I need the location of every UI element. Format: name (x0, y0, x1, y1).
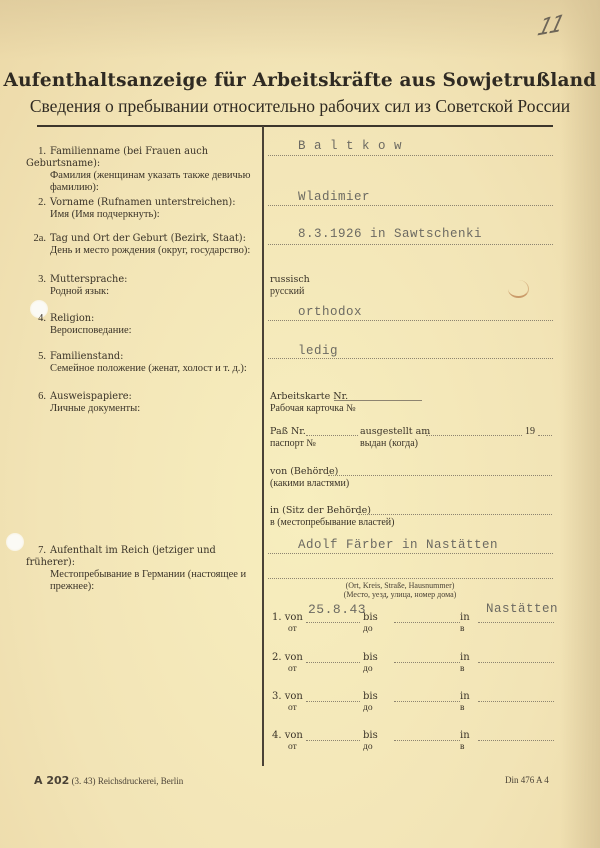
stay-4-from-line[interactable] (306, 740, 360, 741)
header-rule (37, 125, 553, 127)
stay-3-place-line[interactable] (478, 701, 554, 702)
year-line[interactable] (538, 435, 552, 436)
field-6-label: 6.Ausweispapiere: Личные документы: (26, 391, 266, 415)
work-card-line[interactable] (334, 400, 422, 401)
passport-label: Paß Nr. паспорт № (270, 426, 316, 450)
stain-mark (508, 280, 529, 298)
authority-label: von (Behörde) (какими властями) (270, 466, 349, 490)
authority-line[interactable] (328, 475, 552, 476)
issued-date-line[interactable] (426, 435, 522, 436)
passport-line[interactable] (306, 435, 358, 436)
stay-row-1: 1. von от 25.8.43 bis до in в Nastätten (272, 608, 562, 636)
address-caption: (Ort, Kreis, Straße, Hausnummer) (Место,… (300, 581, 500, 599)
title-russian: Сведения о пребывании относительно рабоч… (0, 96, 600, 117)
field-1-label: 1.Familienname (bei Frauen auch Geburtsn… (26, 146, 266, 194)
first-name-value[interactable]: Wladimier (298, 190, 370, 204)
stay-2-place-line[interactable] (478, 662, 554, 663)
mother-tongue-value: russisch русский (270, 274, 310, 298)
birth-date-place-value[interactable]: 8.3.1926 in Sawtschenki (298, 227, 482, 241)
stay-4-to-line[interactable] (394, 740, 460, 741)
authority-seat-label: in (Sitz der Behörde) в (местопребывание… (270, 505, 394, 529)
stay-row-2: 2. von от bis до in в (272, 648, 562, 676)
field-3-label: 3.Muttersprache: Родной язык: (26, 274, 266, 298)
residence-line-2 (268, 578, 553, 579)
field-5-label: 5.Familienstand: Семейное положение (жен… (26, 351, 266, 375)
title-german: Aufenthaltsanzeige für Arbeitskräfte aus… (0, 70, 600, 91)
stay-row-4: 4. von от bis до in в (272, 726, 562, 754)
residence-line-1 (268, 553, 553, 554)
stay-4-place-line[interactable] (478, 740, 554, 741)
form-footer-left: A 202 (3. 43) Reichsdruckerei, Berlin (34, 774, 183, 787)
birth-line (268, 244, 553, 245)
document-page: 11 Aufenthaltsanzeige für Arbeitskräfte … (0, 0, 600, 848)
stay-3-from-line[interactable] (306, 701, 360, 702)
authority-seat-line[interactable] (358, 514, 552, 515)
year-prefix: 19 (525, 426, 535, 438)
marital-line (268, 358, 553, 359)
religion-value[interactable]: orthodox (298, 305, 362, 319)
marital-status-value[interactable]: ledig (298, 344, 338, 358)
first-name-line (268, 205, 553, 206)
field-4-label: 4.Religion: Вероисповедание: (26, 313, 266, 337)
field-2a-label: 2a.Tag und Ort der Geburt (Bezirk, Staat… (26, 233, 266, 257)
stay-2-to-line[interactable] (394, 662, 460, 663)
stay-1-place-value[interactable]: Nastätten (486, 602, 558, 616)
stay-2-from-line[interactable] (306, 662, 360, 663)
stay-3-to-line[interactable] (394, 701, 460, 702)
residence-value[interactable]: Adolf Färber in Nastätten (298, 538, 498, 552)
din-format: Din 476 A 4 (505, 775, 549, 785)
field-2-label: 2.Vorname (Rufnamen unterstreichen): Имя… (26, 197, 266, 221)
surname-line (268, 155, 553, 156)
work-card-label: Arbeitskarte Nr. Рабочая карточка № (270, 391, 356, 415)
religion-line (268, 320, 553, 321)
surname-value[interactable]: B a l t k o w (298, 139, 402, 153)
punch-hole-icon (6, 533, 24, 551)
column-divider (262, 126, 264, 766)
stay-row-3: 3. von от bis до in в (272, 687, 562, 715)
issued-label: ausgestellt am выдан (когда) (360, 426, 430, 450)
stay-1-to-line[interactable] (394, 622, 460, 623)
folio-mark: 11 (535, 11, 566, 42)
field-7-label: 7.Aufenthalt im Reich (jetziger und früh… (26, 545, 266, 593)
stay-1-from-value[interactable]: 25.8.43 (308, 602, 366, 617)
